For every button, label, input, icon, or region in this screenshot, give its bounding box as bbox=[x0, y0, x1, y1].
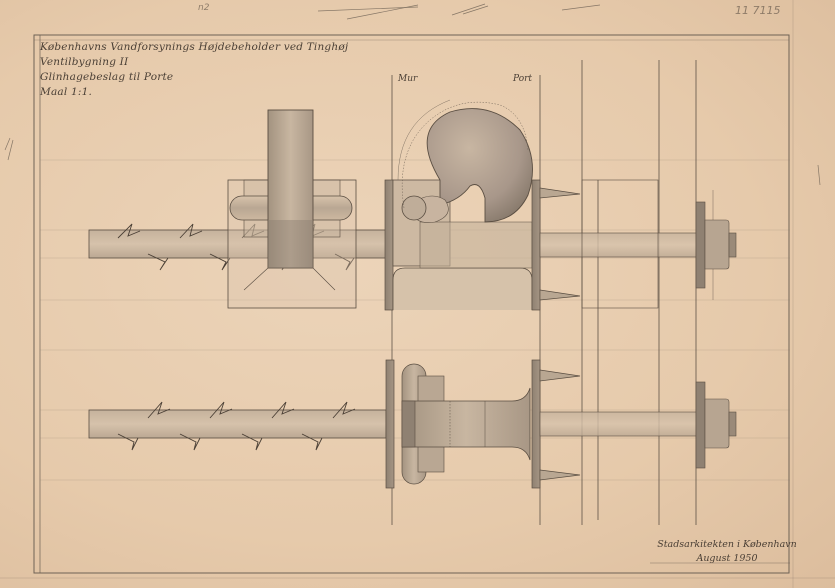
wall-flange-bottom bbox=[386, 360, 394, 488]
gate-label: Port bbox=[513, 74, 532, 84]
bolt-shaft-bottom bbox=[540, 412, 696, 436]
nut-top bbox=[705, 220, 729, 269]
title-line-2: Ventilbygning II bbox=[40, 55, 330, 70]
nut-bottom bbox=[705, 399, 729, 448]
drawing-date: August 1950 bbox=[652, 552, 802, 566]
wall-flange-top bbox=[385, 180, 393, 310]
bottom-view bbox=[89, 360, 736, 488]
top-view bbox=[89, 100, 736, 310]
office-name: Stadsarkitekten i København bbox=[652, 538, 802, 552]
hook-eye bbox=[402, 196, 426, 220]
washer-bottom bbox=[696, 382, 705, 468]
signature-block: Stadsarkitekten i København August 1950 bbox=[652, 538, 802, 566]
pencil-mark-top-right: 11 7115 bbox=[735, 4, 781, 17]
gate-flange-top bbox=[532, 180, 540, 310]
wall-label: Mur bbox=[398, 74, 417, 84]
title-line-1: Københavns Vandforsynings Højdebeholder … bbox=[40, 40, 330, 55]
bolt-shaft-top bbox=[540, 233, 696, 257]
gate-flange-bottom bbox=[532, 360, 540, 488]
title-line-3: Glinhagebeslag til Porte bbox=[40, 70, 330, 85]
anchor-bar-bottom bbox=[89, 410, 386, 438]
scale-line: Maal 1:1. bbox=[40, 85, 330, 100]
washer-top bbox=[696, 202, 705, 288]
drawing-sheet: Københavns Vandforsynings Højdebeholder … bbox=[0, 0, 835, 588]
title-block: Københavns Vandforsynings Højdebeholder … bbox=[40, 40, 330, 100]
pencil-mark-top-left: n2 bbox=[198, 3, 209, 13]
